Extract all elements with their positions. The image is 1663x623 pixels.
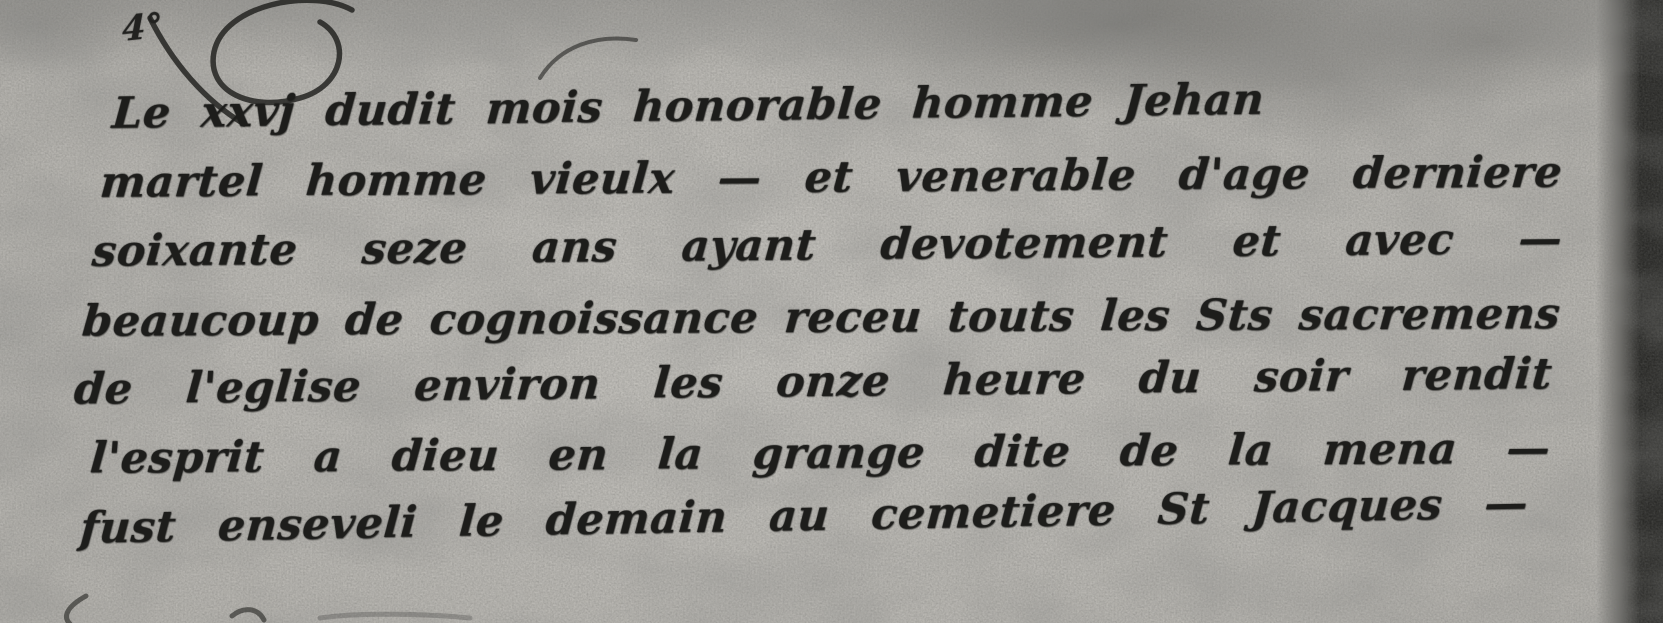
manuscript-line-1: Le xxvj dudit mois honorable homme Jehan — [110, 70, 1267, 150]
manuscript-line-3: soixante seze ans ayant devotement et av… — [89, 209, 1564, 288]
manuscript-line-5: de l'eglise environ les onze heure du so… — [71, 344, 1554, 426]
margin-mark: 4° — [122, 6, 162, 50]
manuscript-line-2: martel homme vieulx — et venerable d'age… — [97, 143, 1564, 219]
manuscript-scan: 4° Le xxvj dudit mois honorable homme Je… — [0, 0, 1663, 623]
